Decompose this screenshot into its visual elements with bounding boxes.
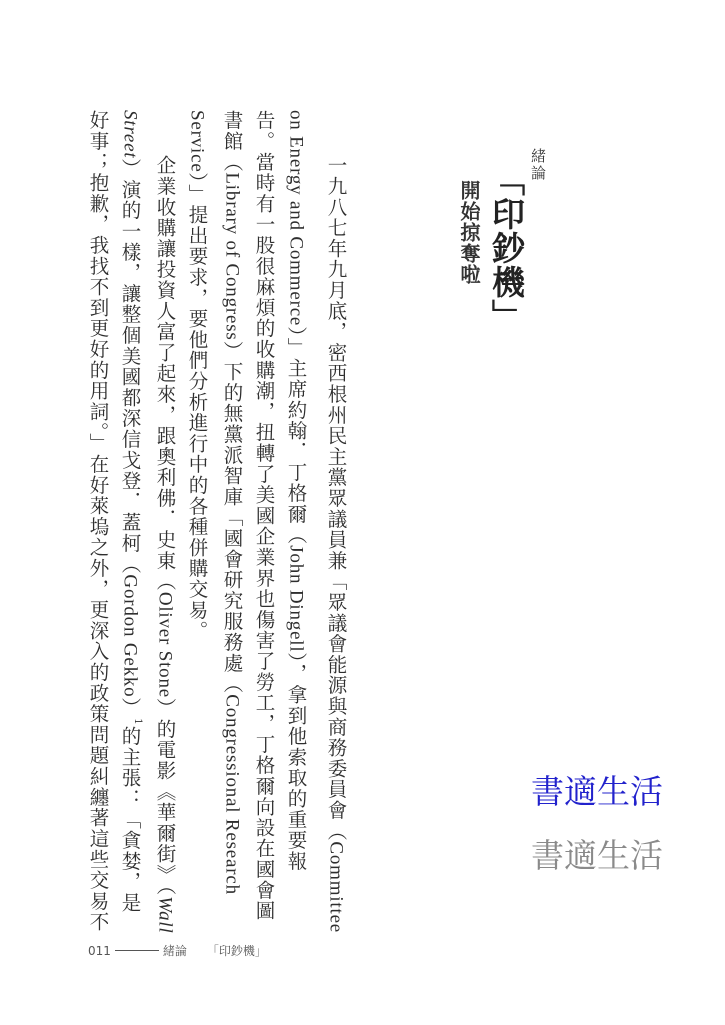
text-segment: Congressional Research (222, 694, 243, 895)
chapter-subtitle: 開始掠奪啦 (455, 180, 484, 285)
text-column: 一九八七年九月底，密西根州民主黨眾議員兼「眾議會能源與商務委員會（Committ… (326, 155, 346, 933)
page-number: 011 (88, 944, 111, 958)
text-segment: ）下的無黨派智庫「國會研究服務處（ (221, 341, 244, 695)
text-column: 書館（Library of Congress）下的無黨派智庫「國會研究服務處（C… (222, 110, 242, 895)
text-segment: Gordon Gekko (120, 574, 141, 697)
text-segment: 好事；抱歉，我找不到更好的用詞。」在好萊塢之外，更深入的政策問題糾纏著這些交易不 (87, 110, 110, 932)
footnote-marker: 1 (132, 718, 143, 726)
text-segment: ）的電影《華爾街》（ (154, 698, 177, 896)
text-segment: 告。當時有一股很麻煩的收購潮，扭轉了美國企業界也傷害了勞工，丁格爾向設在國會圖 (253, 110, 276, 921)
text-segment: Oliver Stone (155, 592, 176, 698)
text-segment: on Energy and Commerce (286, 110, 307, 326)
text-segment: Library of Congress (222, 172, 243, 340)
text-column: Service）」提出要求，要他們分析進行中的各種併購交易。 (187, 110, 207, 641)
chapter-label: 緒論 (528, 148, 549, 182)
text-segment: 一九八七年九月底，密西根州民主黨眾議員兼「眾議會能源與商務委員會（ (325, 155, 348, 841)
text-segment: Wall (155, 896, 176, 933)
text-segment: 的主張：「貪婪，是 (119, 726, 142, 913)
text-column: 好事；抱歉，我找不到更好的用詞。」在好萊塢之外，更深入的政策問題糾纏著這些交易不 (88, 110, 108, 932)
footer-chapter-title: 「印鈔機」 (207, 942, 267, 959)
footer-rule (115, 950, 159, 951)
text-column: 企業收購讓投資人富了起來，跟奧利佛．史東（Oliver Stone）的電影《華爾… (155, 155, 175, 934)
text-column: 告。當時有一股很麻煩的收購潮，扭轉了美國企業界也傷害了勞工，丁格爾向設在國會圖 (254, 110, 274, 921)
book-page: 緒論 「印鈔機」 開始掠奪啦 一九八七年九月底，密西根州民主黨眾議員兼「眾議會能… (0, 0, 725, 1025)
text-segment: ）」提出要求，要他們分析進行中的各種併購交易。 (186, 173, 209, 642)
text-segment: Street (120, 110, 141, 158)
text-segment: 企業收購讓投資人富了起來，跟奧利佛．史東（ (154, 155, 177, 592)
watermark-gray: 書適生活 (531, 830, 663, 877)
text-segment: ）」主席約翰．丁格爾（ (285, 326, 308, 545)
text-segment: ），拿到他索取的重要報 (285, 652, 308, 871)
text-segment: ） (119, 697, 142, 718)
text-segment: Committee (326, 841, 347, 933)
page-footer: 011 緒論 「印鈔機」 (88, 942, 267, 959)
text-segment: ）演的一樣，讓整個美國都深信戈登．蓋柯（ (119, 158, 142, 574)
text-segment: John Dingell (286, 545, 307, 652)
text-segment: Service (187, 110, 208, 173)
footer-section: 緒論 (163, 942, 187, 959)
text-segment: 書館（ (221, 110, 244, 172)
chapter-title: 「印鈔機」 (483, 163, 530, 333)
watermark-blue: 書適生活 (531, 766, 663, 813)
text-column: Street）演的一樣，讓整個美國都深信戈登．蓋柯（Gordon Gekko）1… (120, 110, 142, 913)
text-column: on Energy and Commerce）」主席約翰．丁格爾（John Di… (286, 110, 306, 872)
